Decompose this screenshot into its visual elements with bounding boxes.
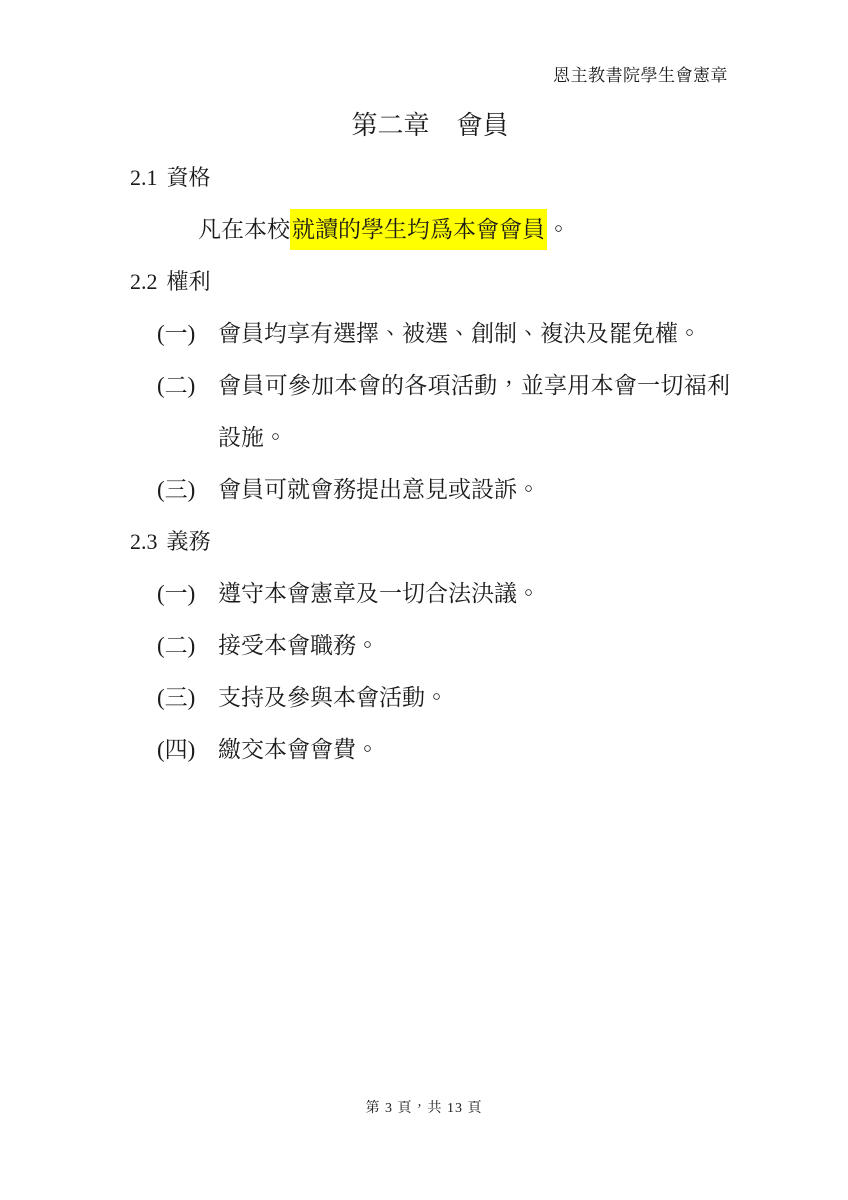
list-item-marker: (三): [157, 672, 218, 724]
section-heading-2-1: 2.1資格: [130, 152, 730, 204]
list-item-text: 會員可參加本會的各項活動，並享用本會一切福利設施。: [218, 360, 730, 464]
list-item: (二) 接受本會職務。: [130, 620, 730, 672]
list-item-marker: (三): [157, 464, 218, 516]
section-heading-2-3: 2.3義務: [130, 516, 730, 568]
list-item-text: 接受本會職務。: [218, 620, 730, 672]
list-item-marker: (一): [157, 568, 218, 620]
list-item-marker: (二): [157, 360, 218, 464]
list-item-marker: (二): [157, 620, 218, 672]
document-page: 恩主教書院學生會憲章 第二章會員 2.1資格 凡在本校就讀的學生均爲本會會員。 …: [0, 0, 848, 1200]
section-number: 2.2: [130, 269, 158, 294]
paragraph-text-suffix: 。: [547, 217, 570, 242]
section-number: 2.3: [130, 529, 158, 554]
list-item: (一) 遵守本會憲章及一切合法決議。: [130, 568, 730, 620]
chapter-subject: 會員: [457, 111, 509, 140]
page-number-footer: 第 3 頁，共 13 頁: [0, 1097, 848, 1117]
list-item: (三) 支持及參與本會活動。: [130, 672, 730, 724]
section-title: 權利: [167, 269, 211, 294]
section-number: 2.1: [130, 165, 158, 190]
list-item: (三) 會員可就會務提出意見或設訴。: [130, 464, 730, 516]
section-heading-2-2: 2.2權利: [130, 256, 730, 308]
running-header: 恩主教書院學生會憲章: [553, 61, 728, 86]
paragraph-text-prefix: 凡在本校: [198, 217, 290, 242]
list-item-text: 繳交本會會費。: [218, 724, 730, 776]
section-title: 義務: [167, 529, 211, 554]
chapter-number: 第二章: [351, 111, 429, 140]
list-item-marker: (四): [157, 724, 218, 776]
section-title: 資格: [167, 165, 211, 190]
list-item-text: 支持及參與本會活動。: [218, 672, 730, 724]
chapter-title: 第二章會員: [130, 100, 730, 152]
highlighted-text: 就讀的學生均爲本會會員: [290, 209, 547, 250]
list-item-marker: (一): [157, 308, 218, 360]
list-item-text: 會員可就會務提出意見或設訴。: [218, 464, 730, 516]
list-item: (二) 會員可參加本會的各項活動，並享用本會一切福利設施。: [130, 360, 730, 464]
list-item: (四) 繳交本會會費。: [130, 724, 730, 776]
list-item: (一) 會員均享有選擇、被選、創制、複決及罷免權。: [130, 308, 730, 360]
list-item-text: 遵守本會憲章及一切合法決議。: [218, 568, 730, 620]
list-item-text: 會員均享有選擇、被選、創制、複決及罷免權。: [218, 308, 730, 360]
document-body: 第二章會員 2.1資格 凡在本校就讀的學生均爲本會會員。 2.2權利 (一) 會…: [130, 100, 730, 776]
section-2-1-paragraph: 凡在本校就讀的學生均爲本會會員。: [130, 204, 730, 256]
